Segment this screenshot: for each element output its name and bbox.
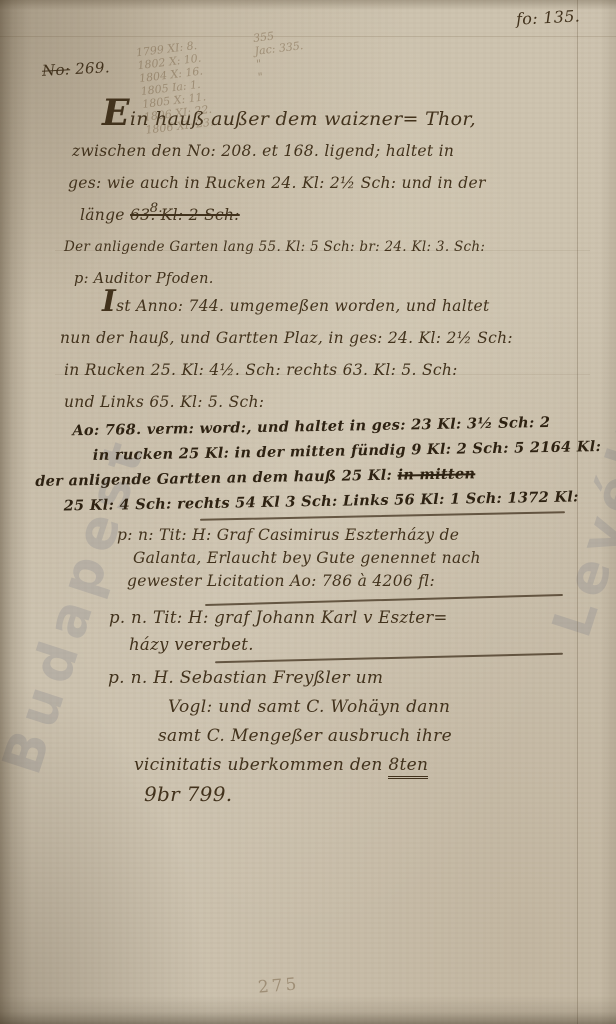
description-line-corrected: länge 8.63. Kl: 2 Sch: bbox=[80, 199, 486, 231]
survey-1744-line: nun der hauß, und Gartten Plaz, in ges: … bbox=[60, 322, 513, 354]
owner-johann-karl-line: házy vererbet. bbox=[129, 631, 448, 658]
survey-1744-line: in Rucken 25. Kl: 4½. Sch: rechts 63. Kl… bbox=[64, 354, 513, 386]
description-line: zwischen den No: 208. et 168. ligend; ha… bbox=[72, 135, 486, 167]
entry-house-description: Ein hauß außer dem waizner= Thor, zwisch… bbox=[60, 102, 486, 295]
folio-number: fo: 135. bbox=[515, 6, 580, 28]
record-number-value: 269. bbox=[75, 58, 111, 78]
struck-measurement: 8.63. Kl: 2 Sch: bbox=[130, 206, 240, 224]
owner-casimirus-line: p: n: Tit: H: Graf Casimirus Eszterházy … bbox=[117, 524, 481, 547]
owner-sebastian-line-dated: vicinitatis uberkommen den 8ten bbox=[134, 751, 452, 780]
owner-sebastian-line: Vogl: und samt C. Wohäyn dann bbox=[168, 693, 452, 722]
record-number-abbrev: No: bbox=[42, 60, 71, 79]
owner-sebastian-line: p. n. H. Sebastian Freyßler um bbox=[108, 664, 452, 693]
entry-owner-casimirus: p: n: Tit: H: Graf Casimirus Eszterházy … bbox=[95, 524, 481, 593]
description-line: Ein hauß außer dem waizner= Thor, bbox=[102, 102, 486, 135]
manuscript-page: Budapest Levéltára fo: 135. No: 269. 179… bbox=[0, 0, 616, 1024]
entry-owner-sebastian: p. n. H. Sebastian Freyßler um Vogl: und… bbox=[90, 664, 452, 809]
survey-1744-line: Ist Anno: 744. umgemeßen worden, und hal… bbox=[102, 290, 513, 322]
owner-sebastian-year: 9br 799. bbox=[144, 780, 452, 809]
entry-survey-1744: Ist Anno: 744. umgemeßen worden, und hal… bbox=[60, 290, 513, 418]
pencil-page-number: 275 bbox=[257, 974, 300, 998]
description-line: ges: wie auch in Rucken 24. Kl: 2½ Sch: … bbox=[68, 167, 486, 199]
entry-owner-johann-karl: p. n. Tit: H: graf Johann Karl v Eszter=… bbox=[95, 604, 448, 658]
page-edge-line bbox=[577, 0, 578, 1024]
record-number: No: 269. bbox=[42, 58, 111, 80]
owner-casimirus-line: gewester Licitation Ao: 786 à 4206 fl: bbox=[127, 570, 481, 593]
inserted-correction: 8. bbox=[150, 193, 163, 225]
owner-johann-karl-line: p. n. Tit: H: graf Johann Karl v Eszter= bbox=[109, 604, 448, 631]
owner-sebastian-line: samt C. Mengeßer ausbruch ihre bbox=[158, 722, 452, 751]
garden-measure-line: Der anligende Garten lang 55. Kl: 5 Sch:… bbox=[64, 231, 486, 263]
struck-words: in mitten bbox=[397, 465, 475, 483]
underlined-date: 8ten bbox=[388, 755, 428, 779]
entry-survey-1768: Ao: 768. verm: word:, und haltet in ges:… bbox=[34, 409, 602, 519]
owner-casimirus-line: Galanta, Erlaucht bey Gute genennet nach bbox=[133, 547, 481, 570]
